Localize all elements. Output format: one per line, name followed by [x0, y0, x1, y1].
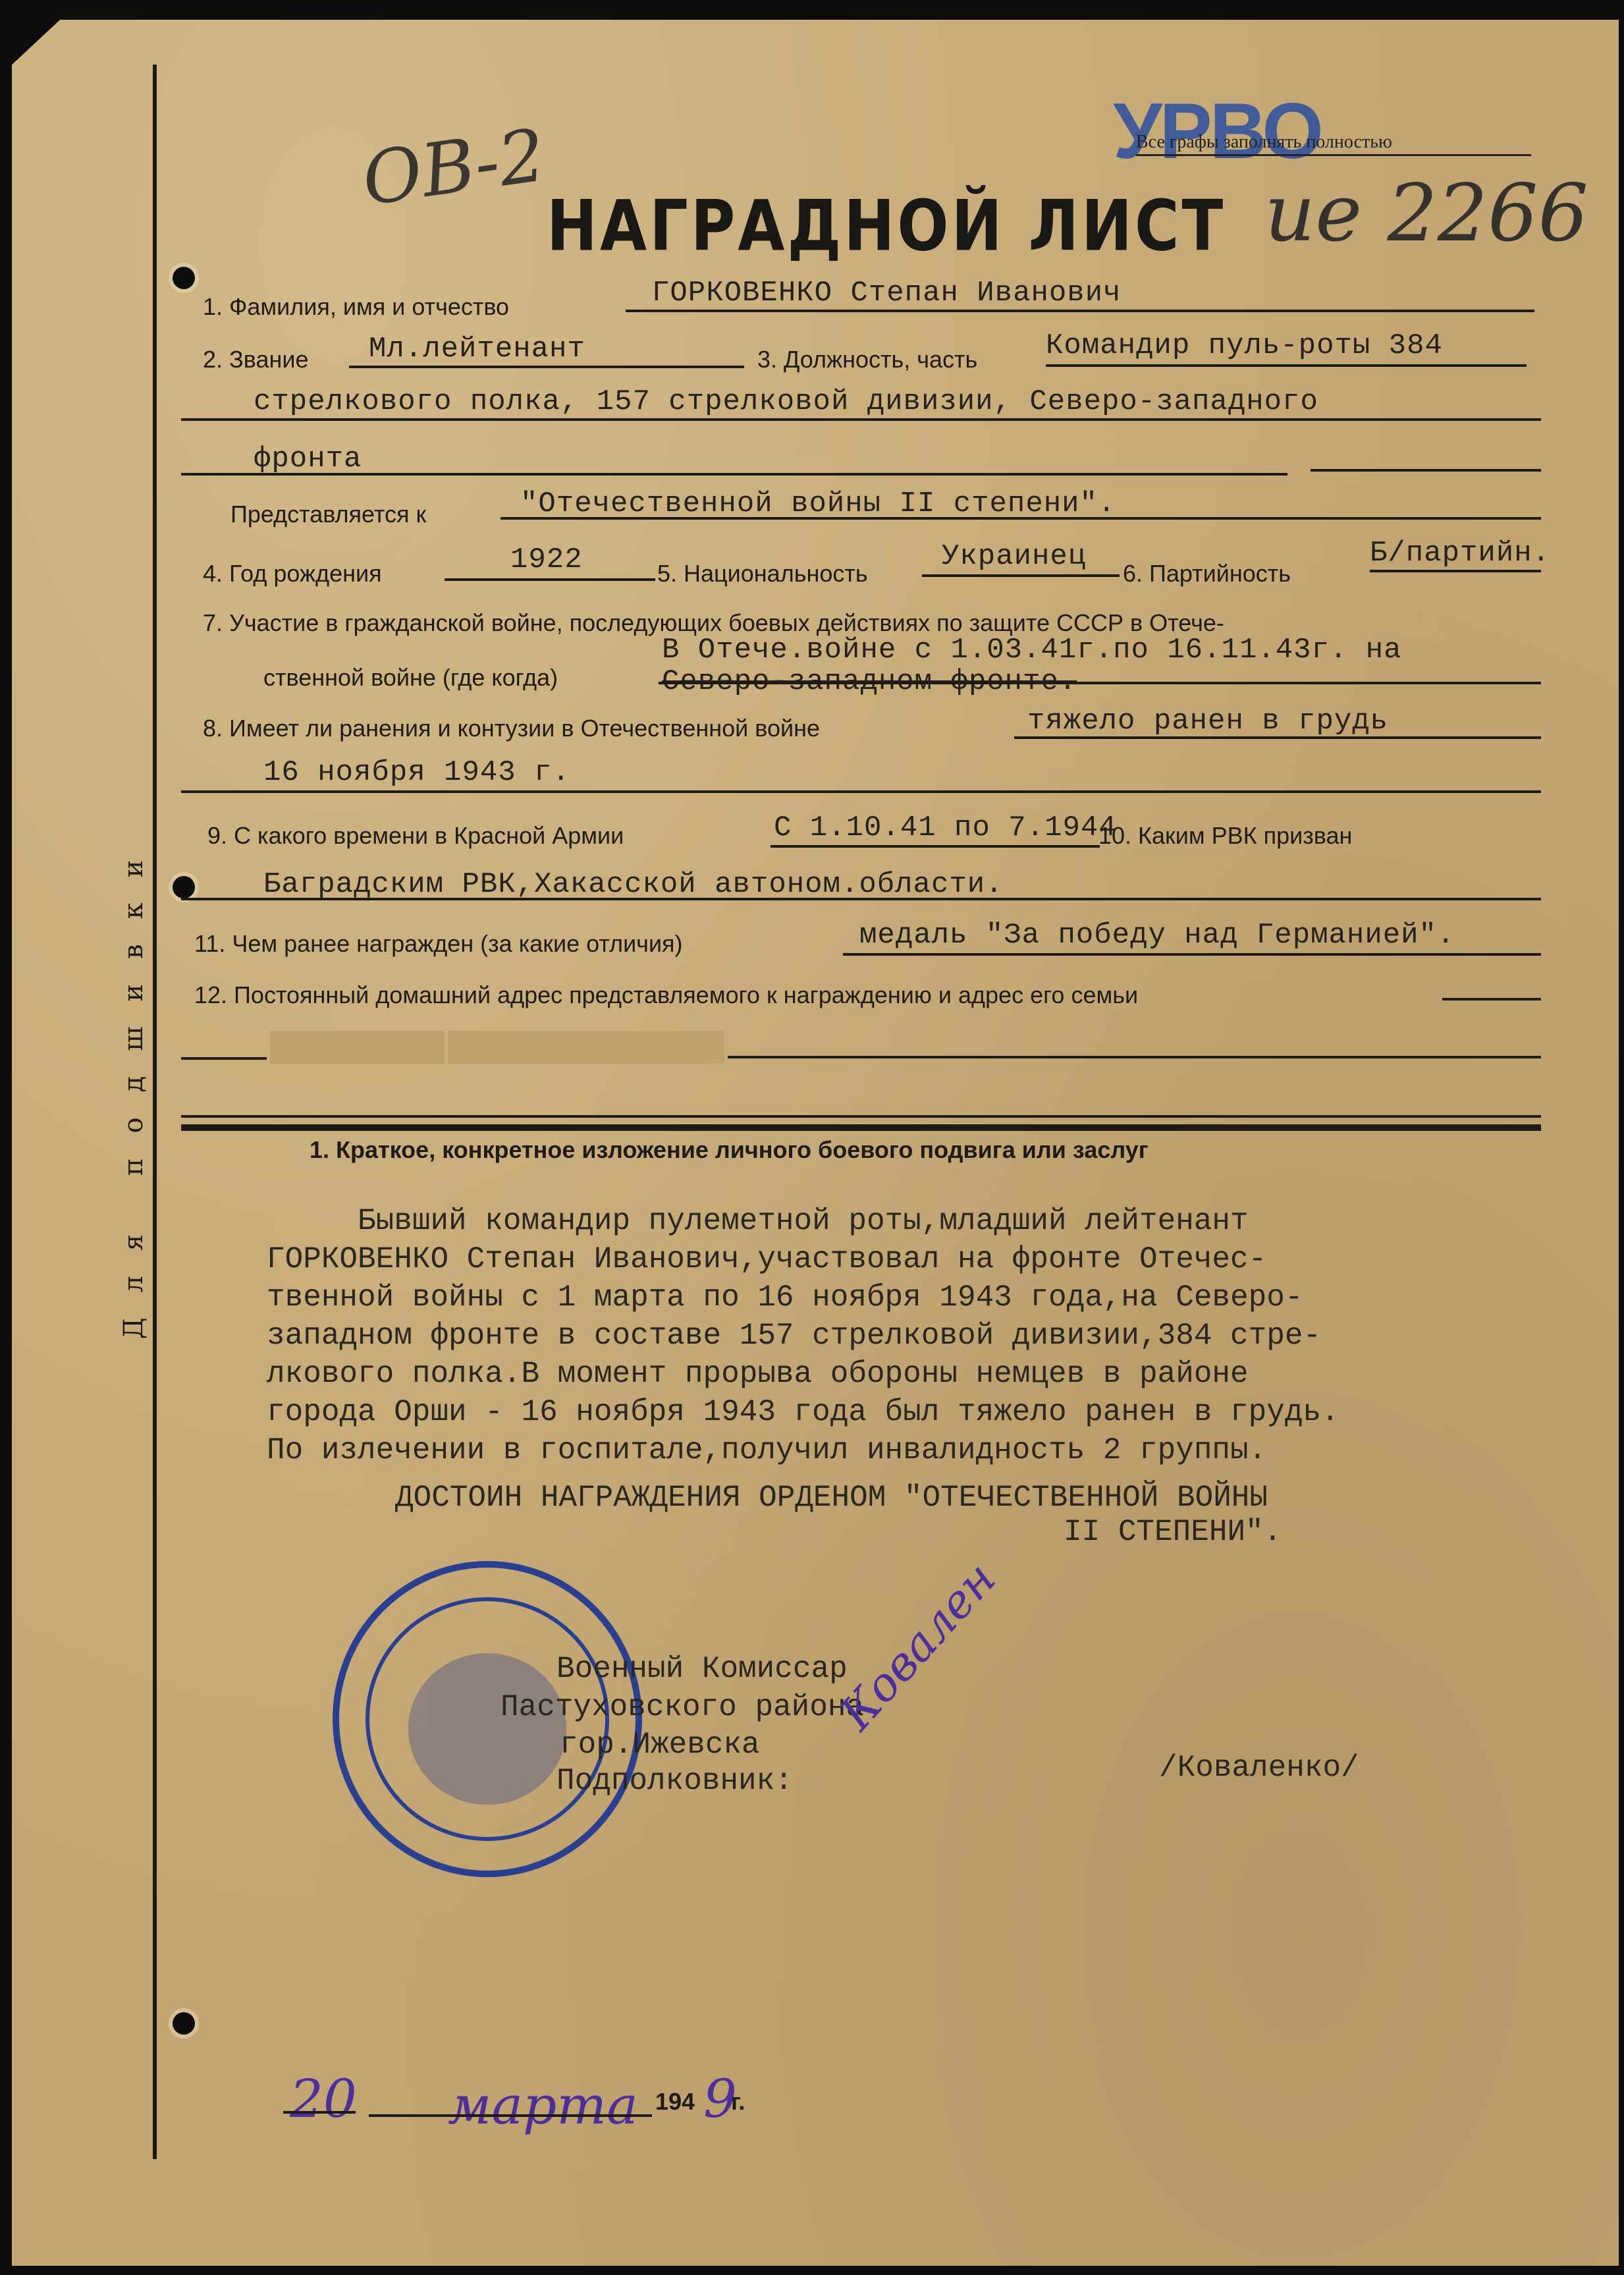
field-3-value-line2: стрелкового полка, 157 стрелковой дивизи…	[254, 385, 1318, 418]
handwritten-number: ие 2266	[1264, 168, 1588, 260]
field-7-value-line1: В Отече.войне с 1.03.41г.по 16.11.43г. н…	[662, 634, 1402, 667]
date-month: марта	[448, 2075, 638, 2136]
field-12-label: 12. Постоянный домашний адрес представля…	[194, 981, 1138, 1009]
merit-line: лкового полка.В момент прорыва обороны н…	[267, 1355, 1340, 1393]
field-3-value-line1: Командир пуль-роты 384	[1046, 329, 1443, 362]
signatory-title-line-2: Пастуховского района	[501, 1688, 864, 1726]
field-4-value: 1922	[510, 543, 583, 576]
field-8-value-line1: тяжело ранен в грудь	[1027, 705, 1388, 738]
merit-description: Бывший командир пулеметной роты,младший …	[267, 1202, 1340, 1469]
merit-line: ГОРКОВЕНКО Степан Иванович,участвовал на…	[267, 1240, 1340, 1278]
signatory-title-line-3: гор.Ижевска	[560, 1726, 760, 1764]
field-11-value: медаль "За победу над Германией".	[859, 919, 1455, 952]
field-10-value: Баградским РВК,Хакасской автоном.области…	[263, 868, 1004, 901]
field-5-value: Украинец	[942, 540, 1086, 573]
field-11-underline	[843, 953, 1541, 956]
field-12-underline-2	[181, 1057, 267, 1060]
redacted-address-part-1	[270, 1031, 445, 1064]
field-8-value-line2: 16 ноября 1943 г.	[263, 756, 570, 789]
merit-line: твенной войны с 1 марта по 16 ноября 194…	[267, 1278, 1340, 1317]
field-3-label: 3. Должность, часть	[757, 346, 977, 373]
date-year-prefix: 194	[655, 2088, 695, 2116]
merit-line: По излечении в госпитале,получил инвалид…	[267, 1431, 1340, 1469]
field-6-value: Б/партийн.	[1370, 537, 1550, 570]
field-10-underline	[181, 898, 1541, 900]
punch-hole-top	[173, 267, 195, 289]
merit-section-heading: 1. Краткое, конкретное изложение личного…	[310, 1136, 1149, 1164]
field-2-underline	[349, 366, 744, 368]
field-8-underline-2	[181, 790, 1541, 793]
punch-hole-middle	[173, 876, 195, 898]
field-4-underline	[445, 578, 655, 581]
field-3-underline-1	[1046, 364, 1527, 367]
conclusion-line-1: ДОСТОИН НАГРАЖДЕНИЯ ОРДЕНОМ "ОТЕЧЕСТВЕНН…	[395, 1479, 1268, 1517]
document-title: НАГРАДНОЙ ЛИСТ	[547, 186, 1226, 267]
field-1-underline	[626, 310, 1534, 312]
coat-of-arms-emblem-icon	[408, 1653, 566, 1805]
field-7-label-line2: ственной войне (где когда)	[263, 664, 558, 692]
field-3-value-line3: фронта	[254, 443, 362, 476]
date-month-underline	[369, 2114, 652, 2117]
field-2-label: 2. Звание	[203, 346, 309, 373]
nominated-underline	[501, 517, 1541, 520]
field-4-label: 4. Год рождения	[203, 560, 382, 588]
field-3-underline-4	[1311, 469, 1541, 472]
field-9-label: 9. С какого времени в Красной Армии	[207, 822, 624, 850]
date-year-unit: г.	[731, 2088, 745, 2116]
field-12-underline-3	[728, 1056, 1541, 1058]
field-2-value: Мл.лейтенант	[369, 333, 585, 366]
merit-line: западном фронте в составе 157 стрелковой…	[267, 1317, 1340, 1355]
nominated-award-value: "Отечественной войны II степени".	[520, 487, 1116, 520]
punch-hole-bottom	[173, 2012, 195, 2035]
date-day-underline	[283, 2111, 356, 2114]
field-9-value: С 1.10.41 по 7.1944	[774, 811, 1117, 844]
field-12-underline-1	[1442, 998, 1541, 1000]
field-5-label: 5. Национальность	[657, 560, 868, 588]
signatory-rank: Подполковник:	[556, 1762, 793, 1800]
urvo-stamp: УРВО	[1113, 86, 1321, 177]
signatory-name: /Коваленко/	[1159, 1749, 1359, 1787]
fill-instruction-note: Все графы заполнять полностью	[1136, 132, 1531, 156]
field-12-underline-4	[181, 1115, 1541, 1118]
merit-line: города Орши - 16 ноября 1943 года был тя…	[267, 1393, 1340, 1431]
merit-line: Бывший командир пулеметной роты,младший …	[267, 1202, 1340, 1240]
binding-side-label: Для подшивки	[119, 659, 158, 1515]
field-3-underline-3	[181, 473, 1287, 476]
field-9-underline	[771, 845, 1100, 848]
section-divider	[181, 1124, 1541, 1131]
field-7-label-line1: 7. Участие в гражданской войне, последую…	[203, 609, 1224, 637]
field-5-underline	[922, 574, 1120, 577]
conclusion-line-2: II СТЕПЕНИ".	[1064, 1513, 1282, 1551]
nominated-label: Представляется к	[230, 501, 426, 528]
signatory-title-line-1: Военный Комиссар	[556, 1650, 848, 1688]
field-8-underline-1	[1014, 736, 1541, 739]
field-6-label: 6. Партийность	[1123, 560, 1291, 588]
field-1-label: 1. Фамилия, имя и отчество	[203, 293, 509, 321]
field-10-label: 10. Каким РВК призван	[1098, 822, 1352, 850]
field-11-label: 11. Чем ранее награжден (за какие отличи…	[194, 930, 683, 958]
field-3-underline-2	[181, 418, 1541, 421]
field-8-label: 8. Имеет ли ранения и контузии в Отечест…	[203, 715, 820, 742]
field-6-underline	[1370, 570, 1541, 572]
redacted-address-part-2	[448, 1031, 724, 1064]
date-day: 20	[290, 2068, 357, 2129]
field-7-underline	[659, 682, 1541, 684]
field-1-value: ГОРКОВЕНКО Степан Иванович	[652, 277, 1122, 310]
